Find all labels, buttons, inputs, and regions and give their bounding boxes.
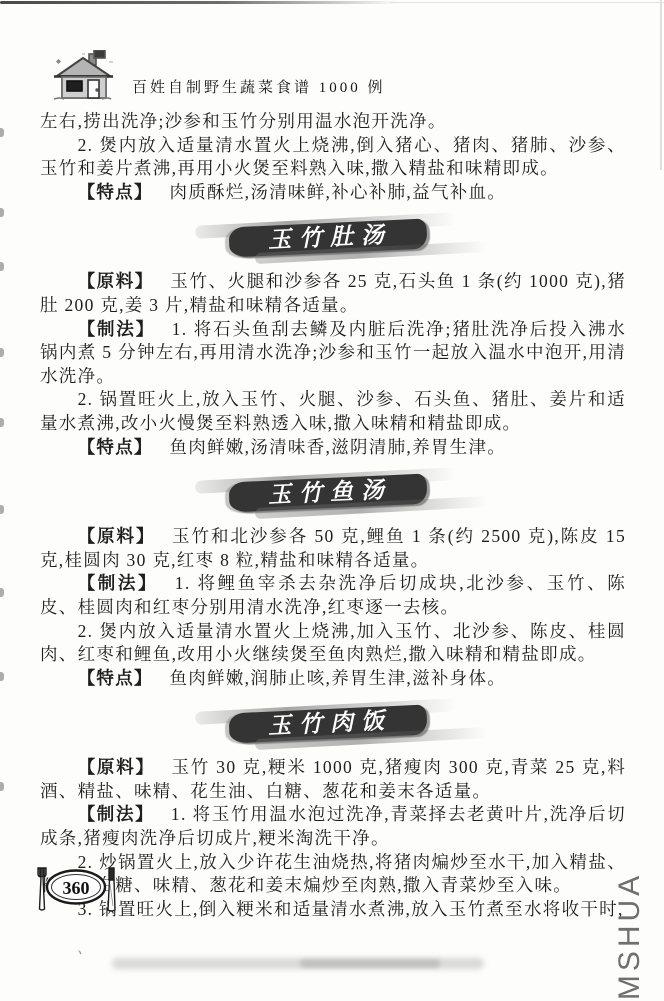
section-label: 【特点】 bbox=[78, 668, 153, 688]
scan-tick-artifact bbox=[0, 348, 4, 357]
paragraph: 【制法】1. 将石头鱼刮去鳞及内脏后洗净;猪肚洗净后投入沸水锅内煮 5 分钟左右… bbox=[40, 318, 626, 389]
paragraph: 【制法】1. 将玉竹用温水泡过洗净,青菜择去老黄叶片,洗净后切成条,猪瘦肉洗净后… bbox=[40, 803, 626, 850]
house-icon bbox=[52, 50, 116, 109]
paragraph: 【原料】玉竹、火腿和沙参各 25 克,石头鱼 1 条(约 1000 克),猪肚 … bbox=[40, 270, 626, 317]
scan-tick-artifact bbox=[0, 208, 4, 217]
paragraph: 2. 煲内放入适量清水置火上烧沸,加入玉竹、北沙参、陈皮、桂圆肉、红枣和鲤鱼,改… bbox=[40, 620, 626, 667]
scan-tick-artifact bbox=[0, 262, 4, 271]
fork-icon bbox=[38, 868, 46, 910]
recipe-title-banner: 玉竹肉饭 bbox=[221, 704, 445, 744]
section-label: 【原料】 bbox=[78, 271, 154, 291]
knife-icon bbox=[108, 868, 115, 911]
paragraph: 2. 锅置旺火上,放入玉竹、火腿、沙参、石头鱼、猪肚、姜片和适量水煮沸,改小火慢… bbox=[40, 388, 626, 435]
paragraph: 【特点】肉质酥烂,汤清味鲜,补心补肺,益气补血。 bbox=[40, 181, 626, 205]
recipe-title: 玉竹肚汤 bbox=[220, 214, 432, 263]
recipe-title-banner: 玉竹肚汤 bbox=[221, 218, 445, 258]
recipe-title: 玉竹肉饭 bbox=[220, 700, 432, 749]
paragraph: 【制法】1. 将鲤鱼宰杀去杂洗净后切成块,北沙参、玉竹、陈皮、桂圆肉和红枣分别用… bbox=[40, 572, 626, 619]
section-label: 【特点】 bbox=[78, 437, 153, 457]
paragraph: 【特点】鱼肉鲜嫩,润肺止咳,养胃生津,滋补身体。 bbox=[40, 667, 626, 691]
scan-edge-artifact bbox=[390, 2, 664, 3]
scan-edge-artifact bbox=[660, 0, 662, 170]
recipe-title-banner: 玉竹鱼汤 bbox=[221, 473, 445, 513]
stray-mark-artifact: 、 bbox=[76, 937, 95, 961]
section-label: 【制法】 bbox=[78, 319, 155, 339]
section-label: 【制法】 bbox=[78, 573, 159, 593]
book-title: 百姓自制野生蔬菜食谱 1000 例 bbox=[132, 62, 386, 97]
paragraph: 2. 炒锅置火上,放入少许花生油烧热,将猪肉煸炒至水干,加入精盐、料酒、白糖、味… bbox=[40, 851, 626, 898]
section-label: 【原料】 bbox=[78, 757, 155, 777]
page-content: 左右,捞出洗净;沙参和玉竹分别用温水泡开洗净。2. 煲内放入适量清水置火上烧沸,… bbox=[40, 110, 626, 921]
paragraph: 【原料】玉竹 30 克,粳米 1000 克,猪瘦肉 300 克,青菜 25 克,… bbox=[40, 756, 626, 803]
scan-tick-artifact bbox=[0, 418, 4, 427]
recipe-title: 玉竹鱼汤 bbox=[220, 468, 432, 517]
paragraph: 【原料】玉竹和北沙参各 50 克,鲤鱼 1 条(约 2500 克),陈皮 15 … bbox=[40, 525, 626, 572]
ink-bleed-artifact bbox=[300, 959, 440, 968]
scan-tick-artifact bbox=[0, 128, 4, 137]
scan-tick-artifact bbox=[0, 505, 4, 514]
scan-tick-artifact bbox=[0, 672, 4, 681]
page-number-badge: 360 bbox=[32, 864, 118, 921]
paragraph: 【特点】鱼肉鲜嫩,汤清味香,滋阴清肺,养胃生津。 bbox=[40, 436, 626, 460]
section-label: 【原料】 bbox=[78, 526, 156, 546]
page-number: 360 bbox=[63, 878, 90, 898]
paragraph: 2. 煲内放入适量清水置火上烧沸,倒入猪心、猪肉、猪肺、沙参、玉竹和姜片煮沸,再… bbox=[40, 134, 626, 181]
watermark: MSHUA bbox=[613, 866, 651, 1001]
section-label: 【制法】 bbox=[78, 804, 155, 824]
paragraph: 3. 锅置旺火上,倒入粳米和适量清水煮沸,放入玉竹煮至水将收干时, bbox=[40, 898, 626, 922]
scan-tick-artifact bbox=[0, 782, 4, 791]
scan-tick-artifact bbox=[0, 588, 4, 597]
scan-edge-artifact bbox=[0, 1, 400, 4]
paragraph: 左右,捞出洗净;沙参和玉竹分别用温水泡开洗净。 bbox=[40, 110, 626, 134]
page-header: 百姓自制野生蔬菜食谱 1000 例 bbox=[52, 50, 386, 109]
section-label: 【特点】 bbox=[78, 182, 153, 202]
